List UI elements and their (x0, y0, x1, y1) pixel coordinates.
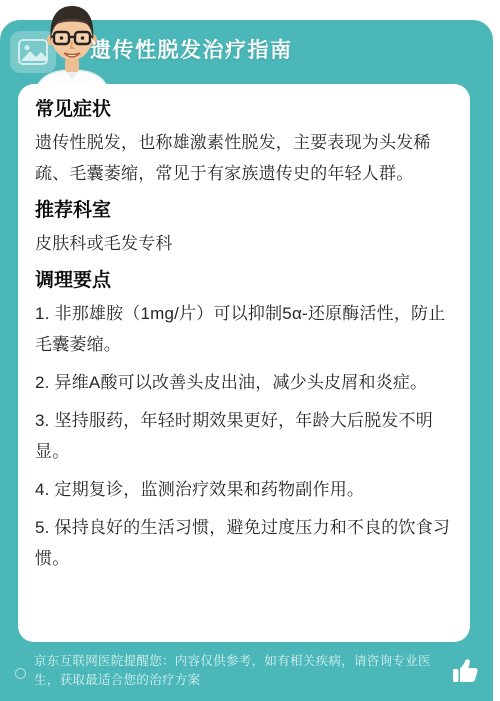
list-item: 5. 保持良好的生活习惯，避免过度压力和不良的饮食习惯。 (35, 512, 453, 574)
section-heading: 常见症状 (35, 95, 453, 125)
ring-icon (15, 668, 26, 679)
section-care-points: 调理要点 1. 非那雄胺（1mg/片）可以抑制5α-还原酶活性，防止毛囊萎缩。 … (35, 266, 453, 574)
section-paragraph: 皮肤科或毛发专科 (35, 228, 453, 259)
header: 遗传性脱发治疗指南 (0, 20, 493, 84)
content-card: 常见症状 遗传性脱发，也称雄激素性脱发，主要表现为头发稀疏、毛囊萎缩，常见于有家… (18, 84, 470, 642)
section-paragraph: 遗传性脱发，也称雄激素性脱发，主要表现为头发稀疏、毛囊萎缩，常见于有家族遗传史的… (35, 127, 453, 189)
section-common-symptoms: 常见症状 遗传性脱发，也称雄激素性脱发，主要表现为头发稀疏、毛囊萎缩，常见于有家… (35, 95, 453, 189)
list-item: 2. 异维A酸可以改善头皮出油，减少头皮屑和炎症。 (35, 367, 453, 398)
thumbs-up-icon[interactable] (449, 655, 481, 687)
list-item: 4. 定期复诊，监测治疗效果和药物副作用。 (35, 474, 453, 505)
list-item: 1. 非那雄胺（1mg/片）可以抑制5α-还原酶活性，防止毛囊萎缩。 (35, 298, 453, 360)
health-guide-card: { "header": { "title": "遗传性脱发治疗指南" }, "s… (0, 0, 500, 701)
page-title: 遗传性脱发治疗指南 (90, 34, 293, 64)
section-heading: 调理要点 (35, 266, 453, 296)
list-item: 3. 坚持服药，年轻时期效果更好，年龄大后脱发不明显。 (35, 405, 453, 467)
section-heading: 推荐科室 (35, 196, 453, 226)
disclaimer-text: 京东互联网医院提醒您：内容仅供参考，如有相关疾病，请咨询专业医生，获取最适合您的… (34, 652, 441, 690)
section-recommended-department: 推荐科室 皮肤科或毛发专科 (35, 196, 453, 259)
teal-frame: 遗传性脱发治疗指南 常见症状 遗传性脱发，也称雄激素性脱发，主要表现为头发稀疏、… (0, 20, 493, 701)
footer: 京东互联网医院提醒您：内容仅供参考，如有相关疾病，请咨询专业医生，获取最适合您的… (0, 647, 493, 695)
